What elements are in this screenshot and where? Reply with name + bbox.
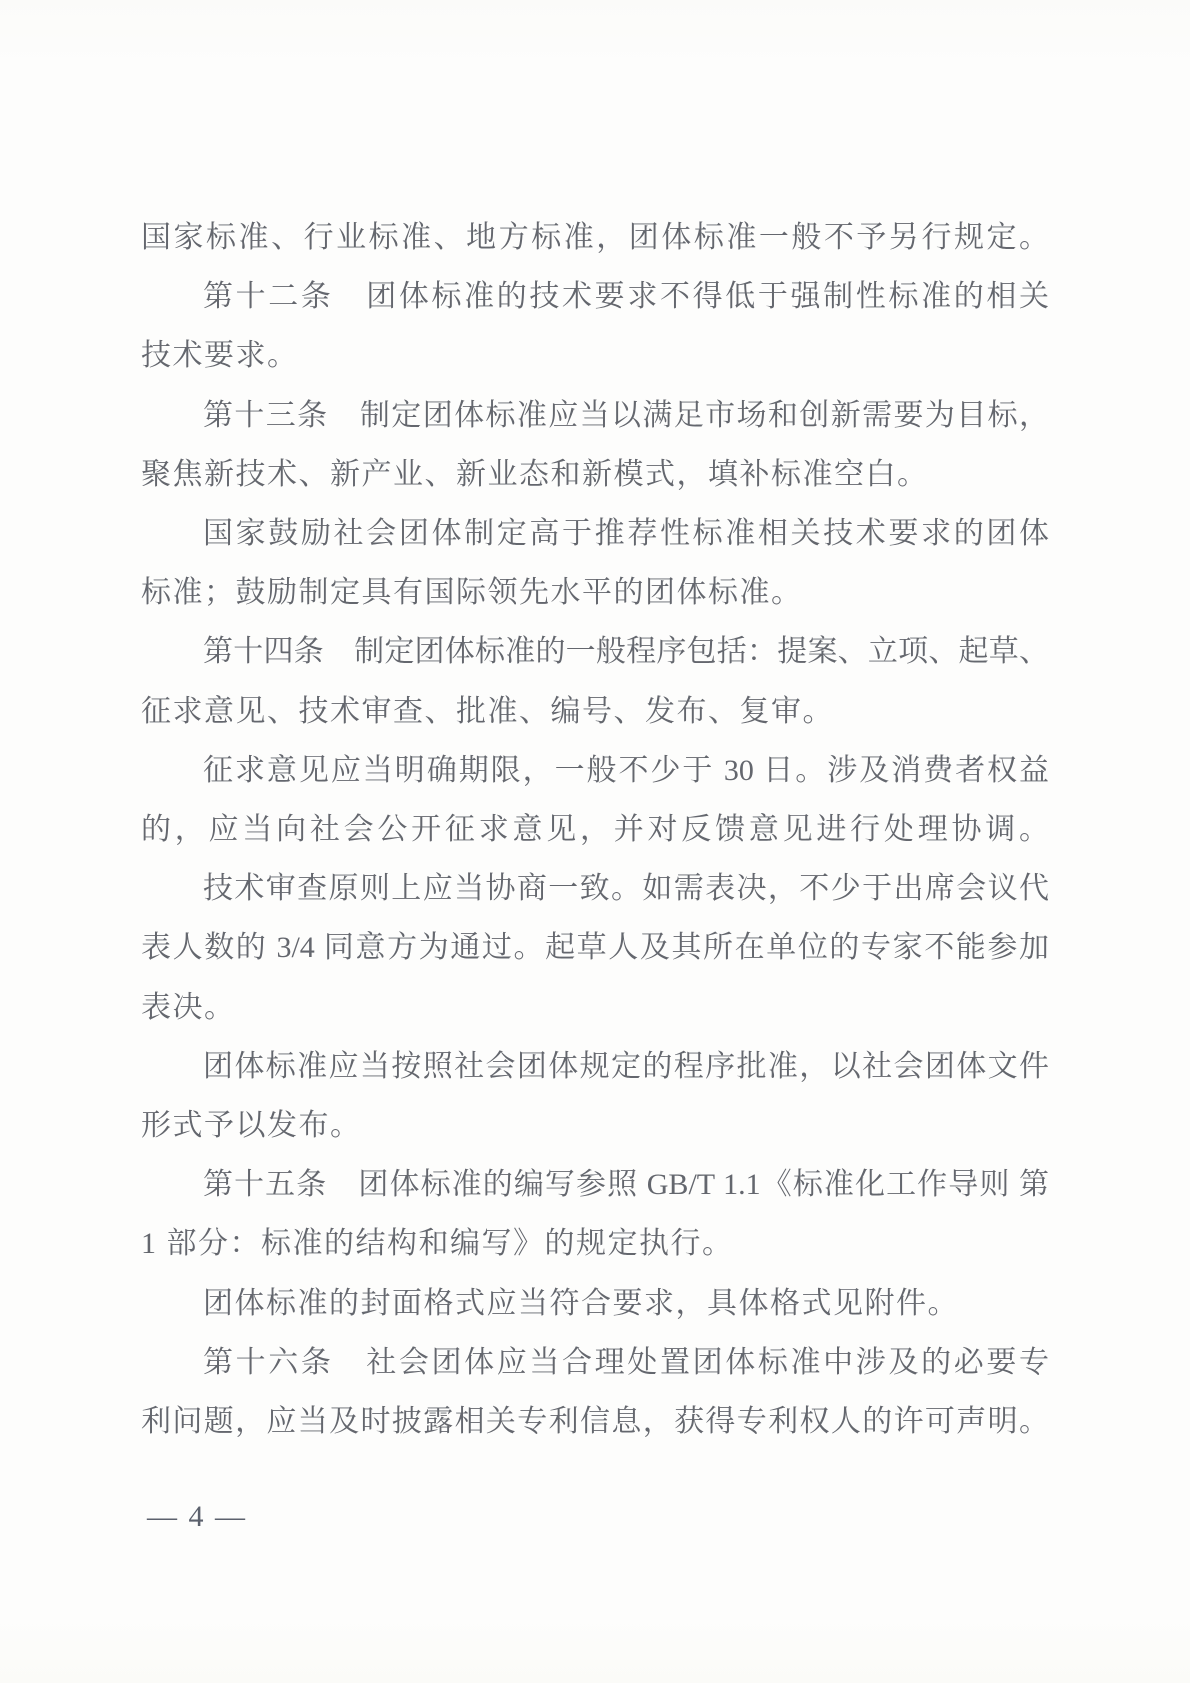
document-text-block: 国家标准、行业标准、地方标准，团体标准一般不予另行规定。第十二条 团体标准的技术… [141, 208, 1049, 1451]
text-line: 表人数的 3/4 同意方为通过。起草人及其所在单位的专家不能参加 [141, 918, 1049, 977]
page-number: — 4 — [147, 1497, 247, 1537]
text-line: 第十二条 团体标准的技术要求不得低于强制性标准的相关 [141, 267, 1049, 326]
text-line: 技术要求。 [141, 326, 1049, 385]
text-line: 第十三条 制定团体标准应当以满足市场和创新需要为目标， [141, 386, 1049, 445]
text-line: 聚焦新技术、新产业、新业态和新模式，填补标准空白。 [141, 445, 1049, 504]
text-line: 的，应当向社会公开征求意见，并对反馈意见进行处理协调。 [141, 800, 1049, 859]
text-line: 第十五条 团体标准的编写参照 GB/T 1.1《标准化工作导则 第 [141, 1155, 1049, 1214]
text-line: 征求意见、技术审查、批准、编号、发布、复审。 [141, 682, 1049, 741]
text-line: 国家鼓励社会团体制定高于推荐性标准相关技术要求的团体 [141, 504, 1049, 563]
document-page: 国家标准、行业标准、地方标准，团体标准一般不予另行规定。第十二条 团体标准的技术… [0, 0, 1190, 1683]
text-line: 团体标准的封面格式应当符合要求，具体格式见附件。 [141, 1274, 1049, 1333]
text-line: 第十六条 社会团体应当合理处置团体标准中涉及的必要专 [141, 1333, 1049, 1392]
text-line: 征求意见应当明确期限，一般不少于 30 日。涉及消费者权益 [141, 741, 1049, 800]
text-line: 技术审查原则上应当协商一致。如需表决，不少于出席会议代 [141, 859, 1049, 918]
text-line: 表决。 [141, 978, 1049, 1037]
text-line: 1 部分：标准的结构和编写》的规定执行。 [141, 1214, 1049, 1273]
text-line: 利问题，应当及时披露相关专利信息，获得专利权人的许可声明。 [141, 1392, 1049, 1451]
text-line: 团体标准应当按照社会团体规定的程序批准，以社会团体文件 [141, 1037, 1049, 1096]
text-line: 第十四条 制定团体标准的一般程序包括：提案、立项、起草、 [141, 622, 1049, 681]
text-line: 国家标准、行业标准、地方标准，团体标准一般不予另行规定。 [141, 208, 1049, 267]
text-line: 标准；鼓励制定具有国际领先水平的团体标准。 [141, 563, 1049, 622]
text-line: 形式予以发布。 [141, 1096, 1049, 1155]
